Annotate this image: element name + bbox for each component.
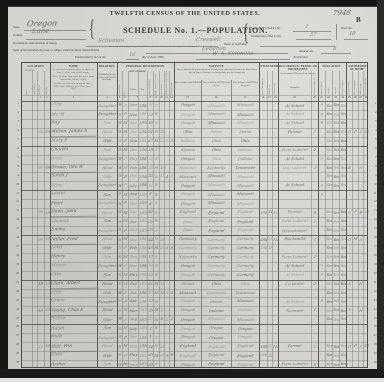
cell-entry-oc: Carpenter xyxy=(278,280,311,288)
cell-entry-rl: Head xyxy=(97,307,117,315)
cell-entry-mo: Mar xyxy=(128,201,138,209)
cell-entry-iy: 1868 xyxy=(259,344,267,352)
row-number: 29 xyxy=(370,352,377,355)
page-letter: B xyxy=(356,16,361,24)
cell-entry-nm: Nettie xyxy=(50,316,97,324)
cell-entry-mu: 0 xyxy=(311,344,318,352)
cell-entry-en: Yes xyxy=(339,281,346,289)
cell-entry-bp: Oregon xyxy=(174,111,201,119)
cell-entry-bm: Missouri xyxy=(231,111,259,119)
cell-entry-mo: Nov xyxy=(128,111,138,119)
cell-entry-bf: Missouri xyxy=(201,102,231,110)
enumerator-blank xyxy=(196,58,290,60)
cell-entry-bp: Oregon xyxy=(174,120,201,128)
cell-entry-yr: 1852 xyxy=(138,138,147,146)
row-number: 14 xyxy=(12,218,19,221)
schedule-title: SCHEDULE No. 1.—POPULATION. xyxy=(118,26,273,35)
row-number: 17 xyxy=(12,245,19,248)
cell-entry-fm: 99 xyxy=(44,164,50,172)
column-line xyxy=(44,71,45,367)
scan-edge-left xyxy=(0,0,8,378)
cell-entry-rd: Yes xyxy=(325,308,332,316)
cell-entry-wr: Yes xyxy=(332,183,339,191)
cell-entry-mo: Oct xyxy=(128,173,138,181)
cell-entry-rl: Head xyxy=(97,236,117,244)
row-number: 4 xyxy=(370,129,377,132)
row-number: 27 xyxy=(12,334,19,337)
cell-entry-bm: Oregon xyxy=(231,326,259,334)
cell-entry-oc: At School xyxy=(278,120,311,128)
cell-entry-oc: Farmer xyxy=(278,343,311,351)
cell-entry-rl: Daughter xyxy=(97,227,117,235)
cell-entry-wr: Yes xyxy=(332,228,339,236)
cell-entry-oc: Day Laborer xyxy=(278,165,311,173)
cell-entry-nm: Grace xyxy=(50,298,97,306)
cell-entry-mu: 0 xyxy=(311,362,318,370)
name-group-paragraph: of each person whose place of abode on J… xyxy=(51,69,96,91)
census-scan-page: 7-558 TWELFTH CENSUS OF THE UNITED STATE… xyxy=(0,0,384,382)
cell-entry-bp: Kansas xyxy=(174,147,201,155)
cell-entry-rl: Wife xyxy=(97,352,117,360)
column-rotated-label: House number. xyxy=(34,83,36,95)
cell-entry-oc: At School xyxy=(278,263,311,271)
cell-entry-nm: Minnie xyxy=(50,262,97,270)
column-number: 13 xyxy=(174,96,201,99)
group-label-nativity: NATIVITY. xyxy=(174,65,259,68)
cell-entry-bp: Missouri xyxy=(174,164,201,172)
scan-margin-bottom xyxy=(0,378,384,382)
column-rotated-label: Owned or rented. xyxy=(348,81,350,95)
column-line xyxy=(32,71,33,367)
cell-entry-yr: 1860 xyxy=(138,245,147,253)
name-note-3: Include every person living on June 1, 1… xyxy=(51,83,96,91)
cell-entry-wr: Yes xyxy=(332,111,339,119)
cell-entry-bm: Missouri xyxy=(231,201,259,209)
cell-entry-mo: Apr xyxy=(128,209,138,217)
enumerated-day-blank xyxy=(126,58,139,60)
cell-entry-en: Yes xyxy=(339,308,346,316)
column-line xyxy=(37,71,38,367)
dob-month-label: Month. xyxy=(128,89,138,92)
cell-entry-mo: Feb xyxy=(128,165,138,173)
row-line xyxy=(22,110,367,111)
cell-entry-nm: Davis, John xyxy=(50,209,97,218)
nativity-note: Place of birth of each person and parent… xyxy=(175,69,259,74)
row-number: 11 xyxy=(370,192,377,195)
cell-entry-bp: Oregon xyxy=(174,201,201,209)
cell-entry-rl: Daughter xyxy=(97,200,117,208)
cell-entry-mo: July xyxy=(128,183,138,191)
cell-entry-rl: Head xyxy=(97,343,117,351)
cell-entry-wr: Yes xyxy=(332,156,339,164)
row-number: 25 xyxy=(12,317,19,320)
cell-entry-bm: Missouri xyxy=(231,183,259,191)
cell-entry-bp: Oregon xyxy=(174,155,201,163)
supervisor-label: Supervisor's District No. xyxy=(251,26,281,30)
row-number: 14 xyxy=(370,218,377,221)
cell-entry-rd: Yes xyxy=(325,281,332,289)
ward-blank xyxy=(321,52,351,54)
cell-entry-yr: 1894 xyxy=(138,200,147,208)
cell-entry-nm: Effie xyxy=(50,290,97,298)
township-note: (Insert name of township, town, precinct… xyxy=(88,46,218,48)
page-number-handwritten: 7948 xyxy=(332,9,351,17)
cell-entry-rd: Yes xyxy=(325,103,332,111)
row-number: 18 xyxy=(370,254,377,257)
cell-entry-wr: Yes xyxy=(332,129,339,137)
cell-entry-yr: 1887 xyxy=(138,299,147,307)
cell-entry-oc: Farm Laborer xyxy=(278,146,311,154)
cell-entry-bm: Indiana xyxy=(231,307,259,315)
row-number: 24 xyxy=(370,308,377,311)
cell-entry-bm: Germany xyxy=(231,272,259,280)
column-number: 23 xyxy=(332,96,339,99)
cell-entry-mo: Apr xyxy=(128,298,138,306)
cell-entry-rl: Wife xyxy=(97,245,117,253)
cell-entry-rl: Son xyxy=(97,361,117,369)
column-line xyxy=(272,71,273,367)
occupation-label: Occupation. xyxy=(280,87,310,90)
column-rotated-label: Months not employed. xyxy=(314,77,316,95)
cell-entry-yr: 1874 xyxy=(138,317,147,325)
cell-entry-bp: Oregon xyxy=(174,263,201,271)
column-rotated-label: Free or mortgaged. xyxy=(354,80,356,95)
row-number: 6 xyxy=(370,147,377,150)
row-number: 19 xyxy=(12,263,19,266)
cell-entry-iy: 1881 xyxy=(259,236,267,244)
cell-entry-bp: Germany xyxy=(174,245,201,253)
cell-entry-bp: England xyxy=(174,209,201,217)
cell-entry-rl: Daughter xyxy=(97,156,117,164)
group-label-education: EDUCATION. xyxy=(318,65,346,68)
row-number: 29 xyxy=(12,352,19,355)
cell-entry-oc: Farmer xyxy=(278,129,311,137)
census-table: IN CITIES. of each person whose place of… xyxy=(21,62,368,368)
cell-entry-mo: May xyxy=(128,272,138,280)
township-value: Schuman xyxy=(97,38,124,44)
cell-entry-rl: Son xyxy=(97,120,117,128)
cell-entry-bf: England xyxy=(201,218,231,226)
county-blank-line xyxy=(26,38,86,40)
cell-entry-wr: Yes xyxy=(332,353,339,361)
row-number: 9 xyxy=(12,174,19,177)
cell-entry-bm: Ohio xyxy=(231,138,259,146)
sheet-value: 10 xyxy=(349,31,356,37)
cell-entry-bp: Oregon xyxy=(174,326,201,334)
row-number: 25 xyxy=(370,317,377,320)
cell-entry-bm: Germany xyxy=(231,263,259,271)
cell-entry-bf: Ohio xyxy=(201,146,231,154)
township-label: Township or other division of county xyxy=(13,41,57,45)
column-rotated-label: Attended school. xyxy=(321,81,323,95)
cell-entry-wr: Yes xyxy=(332,174,339,182)
group-label-personal: PERSONAL DESCRIPTION. xyxy=(117,65,174,68)
row-number: 11 xyxy=(12,192,19,195)
cell-entry-yr: 1898 xyxy=(138,335,147,343)
cell-entry-rl: Son xyxy=(97,325,117,333)
cell-entry-fm: 104 xyxy=(44,343,50,351)
cell-entry-bp: Illinois xyxy=(174,281,201,289)
cell-entry-yr: 1891 xyxy=(138,192,147,200)
cell-entry-nm: Eliza xyxy=(50,352,97,360)
cell-entry-bp: England xyxy=(174,343,201,351)
row-number: 22 xyxy=(370,290,377,293)
cell-entry-nm: Pearl xyxy=(50,200,97,208)
cell-entry-en: Yes xyxy=(339,272,346,280)
cell-entry-bf: Ohio xyxy=(201,137,231,145)
cell-entry-rd: Yes xyxy=(325,227,332,235)
cell-entry-bf: Oregon xyxy=(201,335,231,343)
county-label: County xyxy=(13,33,22,37)
cell-entry-bm: Missouri xyxy=(231,174,259,182)
column-rotated-label: Street. xyxy=(26,90,28,95)
cell-entry-mo: Dec xyxy=(128,334,138,342)
cell-entry-bf: Germany xyxy=(201,271,231,279)
cell-entry-oc: Farm Laborer xyxy=(278,254,311,262)
cell-entry-bm: England xyxy=(231,343,259,351)
column-line xyxy=(267,71,268,367)
row-number: 12 xyxy=(12,200,19,203)
row-number: 3 xyxy=(12,120,19,123)
cell-entry-bm: England xyxy=(231,352,259,360)
column-number: 28 xyxy=(363,96,369,99)
name-note-1: of each person whose place of abode on J… xyxy=(51,69,96,74)
row-number: 2 xyxy=(370,111,377,114)
cell-entry-bp: Iowa xyxy=(174,227,201,235)
cell-entry-rd: Yes xyxy=(325,254,332,262)
column-rotated-label: Age at last birthday. xyxy=(149,79,151,95)
cell-entry-rd: Yes xyxy=(325,361,332,369)
enumerated-suffix: , Enumerator. xyxy=(292,55,308,59)
left-brace: { xyxy=(89,15,95,44)
enumeration-value: 57 xyxy=(310,32,317,38)
cell-entry-oc: At School xyxy=(278,182,311,190)
cell-entry-oc: Housekeeper xyxy=(278,227,311,235)
dob-year-label: Year. xyxy=(138,89,147,92)
cell-entry-nm: Emma xyxy=(50,227,97,235)
cell-entry-nm: Anna xyxy=(50,155,97,163)
group-label-name: NAME xyxy=(50,65,97,68)
enumerator-name: W. A. Simmons xyxy=(211,51,253,58)
cell-entry-bm: Oregon xyxy=(231,334,259,342)
cell-entry-rl: Son xyxy=(97,218,117,226)
row-number: 20 xyxy=(12,272,19,275)
row-number: 23 xyxy=(370,299,377,302)
cell-entry-rd: Yes xyxy=(325,147,332,155)
sheet-blank xyxy=(344,38,368,40)
scan-edge-right xyxy=(377,0,384,378)
enumerated-day: 16 xyxy=(129,52,136,58)
row-number: 7 xyxy=(370,156,377,159)
birthplace-person-label: Place of birth of this PERSON. xyxy=(175,82,201,85)
cell-entry-oc: At School xyxy=(278,299,311,307)
cell-entry-bf: Missouri xyxy=(201,200,231,208)
cell-entry-cr: W xyxy=(117,362,122,369)
cell-entry-mu: 0 xyxy=(311,210,318,218)
row-number: 15 xyxy=(370,227,377,230)
cell-entry-yr: 1858 xyxy=(138,281,147,289)
group-label-location: LOCATION. xyxy=(22,65,50,68)
cell-entry-mo: June xyxy=(128,361,138,369)
cell-entry-iy: 1869 xyxy=(259,210,267,218)
cell-entry-yr: 1846 xyxy=(138,343,147,351)
cell-entry-rd: Yes xyxy=(325,138,332,146)
column-rotated-label: Color or race. xyxy=(119,84,121,95)
cell-entry-rl: Head xyxy=(97,281,117,289)
cell-entry-nm: Sarah J xyxy=(50,173,97,181)
cell-entry-en: Yes xyxy=(339,236,346,244)
column-rotated-label: Naturalization. xyxy=(274,83,276,95)
cell-entry-en: Yes xyxy=(339,103,346,111)
cell-entry-en: Yes xyxy=(339,227,346,235)
row-number: 15 xyxy=(12,227,19,230)
birthplace-mother-label: Place of birth of MOTHER of this person. xyxy=(232,82,259,87)
cell-entry-yr: 1882 xyxy=(138,254,147,262)
cell-entry-bp: Germany xyxy=(174,236,201,244)
cell-entry-bm: Missouri xyxy=(231,120,259,128)
row-number: 30 xyxy=(12,361,19,364)
cell-entry-bm: Penna xyxy=(231,129,259,137)
cell-entry-bm: Tennessee xyxy=(231,289,259,297)
cell-entry-dw: 99 xyxy=(37,237,43,245)
cell-entry-bf: England xyxy=(201,343,231,351)
cell-entry-oc: At School xyxy=(278,271,311,279)
cell-entry-en: Yes xyxy=(339,245,346,253)
cell-entry-yr: 1861 xyxy=(138,164,147,172)
cell-entry-en: Yes xyxy=(339,254,346,262)
cell-entry-yr: 1855 xyxy=(138,236,147,244)
column-number: 16 xyxy=(259,96,267,99)
cell-entry-bf: Missouri xyxy=(201,182,231,190)
column-number: 14 xyxy=(201,96,231,99)
column-number: 22 xyxy=(325,96,332,99)
row-number: 21 xyxy=(12,281,19,284)
cell-entry-nm: Charles xyxy=(50,147,97,155)
cell-entry-rl: Son xyxy=(97,254,117,262)
cell-entry-bm: Missouri xyxy=(231,102,259,110)
cell-entry-rl: Son xyxy=(97,192,117,200)
cell-entry-bp: Oregon xyxy=(174,307,201,315)
column-line xyxy=(358,71,359,367)
row-number: 28 xyxy=(12,343,19,346)
cell-entry-bm: Germany xyxy=(231,236,259,244)
cell-entry-bm: Germany xyxy=(231,245,259,253)
cell-entry-wr: Yes xyxy=(332,317,339,325)
cell-entry-bf: England xyxy=(201,352,231,360)
cell-entry-rl: Daughter xyxy=(97,299,117,307)
cell-entry-rd: Yes xyxy=(325,245,332,253)
scan-edge-top xyxy=(0,0,384,7)
cell-entry-mo: Feb xyxy=(128,344,138,352)
cell-entry-bf: Germany xyxy=(201,245,231,253)
row-number: 28 xyxy=(370,343,377,346)
cell-entry-en: Yes xyxy=(339,361,346,369)
group-label-occupation: OCCUPATION, TRADE, OR PROFESSION xyxy=(278,65,318,71)
row-number: 20 xyxy=(370,272,377,275)
row-number: 19 xyxy=(370,263,377,266)
column-rotated-label: Years married. xyxy=(161,83,163,95)
cell-entry-rl: Head xyxy=(97,129,117,137)
cell-entry-bf: Germany xyxy=(201,254,231,262)
enumerated-prefix: Enumerated by me on the xyxy=(75,55,106,59)
cell-entry-yr: 1863 xyxy=(138,289,147,297)
cell-entry-bp: Missouri xyxy=(174,289,201,297)
cell-entry-mo: Jan xyxy=(128,290,138,298)
cell-entry-fm: 103 xyxy=(44,307,50,315)
cell-entry-mo: Dec xyxy=(128,147,138,155)
row-number: 13 xyxy=(370,209,377,212)
column-rotated-label: Can speak English. xyxy=(342,80,344,95)
row-number: 10 xyxy=(370,183,377,186)
cell-entry-bm: Indiana xyxy=(231,147,259,155)
cell-entry-oc: Blacksmith xyxy=(278,236,311,244)
cell-entry-rl: Head xyxy=(97,164,117,172)
relation-note: Relationship of each person to the head … xyxy=(98,74,116,82)
cell-entry-yr: 1846 xyxy=(138,129,147,137)
cell-entry-bf: Tennessee xyxy=(201,290,231,298)
cell-entry-rl: Wife xyxy=(97,289,117,297)
cell-entry-sx: M xyxy=(122,361,128,368)
cell-entry-bm: Ohio xyxy=(231,281,259,289)
cell-entry-rd: Yes xyxy=(325,111,332,119)
cell-entry-mu: 0 xyxy=(311,129,318,137)
cell-entry-bp: Oregon xyxy=(174,334,201,342)
cell-entry-as: 9 xyxy=(318,192,325,200)
cell-entry-mo: July xyxy=(128,326,138,334)
row-number: 17 xyxy=(370,245,377,248)
cell-entry-yr: 1838 xyxy=(138,210,147,218)
cell-entry-bf: England xyxy=(201,227,231,235)
cell-entry-fm: 101 xyxy=(44,236,50,244)
cell-entry-bf: Germany xyxy=(201,236,231,244)
column-number: 7 xyxy=(128,96,147,99)
cell-entry-wr: Yes xyxy=(332,362,339,370)
cell-entry-bf: Indiana xyxy=(201,308,231,316)
column-number: 21 xyxy=(318,96,325,99)
cell-entry-oc: Farm Laborer xyxy=(278,361,311,369)
cell-entry-rl: Wife xyxy=(97,317,117,325)
cell-entry-bf: Ohio xyxy=(201,280,231,288)
cell-entry-mo: May xyxy=(128,352,138,360)
ward-label: Ward of city xyxy=(299,49,313,53)
column-number: 3 xyxy=(50,96,97,99)
cell-entry-mo: Nov xyxy=(128,263,138,271)
row-number: 13 xyxy=(12,209,19,212)
cell-entry-yr: 1888 xyxy=(138,182,147,190)
township-value-2: Creswell xyxy=(195,36,220,42)
cell-entry-rd: Yes xyxy=(325,236,332,244)
name-note-2: Enter surname first, then the given name… xyxy=(51,76,96,81)
cell-entry-nm: Lester xyxy=(50,191,97,199)
cell-entry-bp: Iowa xyxy=(174,218,201,226)
cell-entry-nm: Edna xyxy=(50,183,97,191)
institution-blank xyxy=(260,45,335,47)
cell-entry-mo: Jan xyxy=(128,129,138,137)
cell-entry-bp: Oregon xyxy=(174,317,201,325)
row-number: 7 xyxy=(12,156,19,159)
cell-entry-mo: Sep xyxy=(128,138,138,146)
cell-entry-bp: England xyxy=(174,352,201,360)
cell-entry-bf: England xyxy=(201,210,231,218)
cell-entry-bp: Oregon xyxy=(174,183,201,191)
column-number: 19 xyxy=(278,96,311,99)
scan-edge-bottom xyxy=(0,369,384,378)
cell-entry-nm: Ida M xyxy=(50,111,97,119)
cell-entry-iy: 1868 xyxy=(259,352,267,360)
cell-entry-bp: Oregon xyxy=(174,191,201,199)
cell-entry-mo: Apr xyxy=(128,120,138,128)
cell-entry-oc: Teamster xyxy=(278,308,311,316)
